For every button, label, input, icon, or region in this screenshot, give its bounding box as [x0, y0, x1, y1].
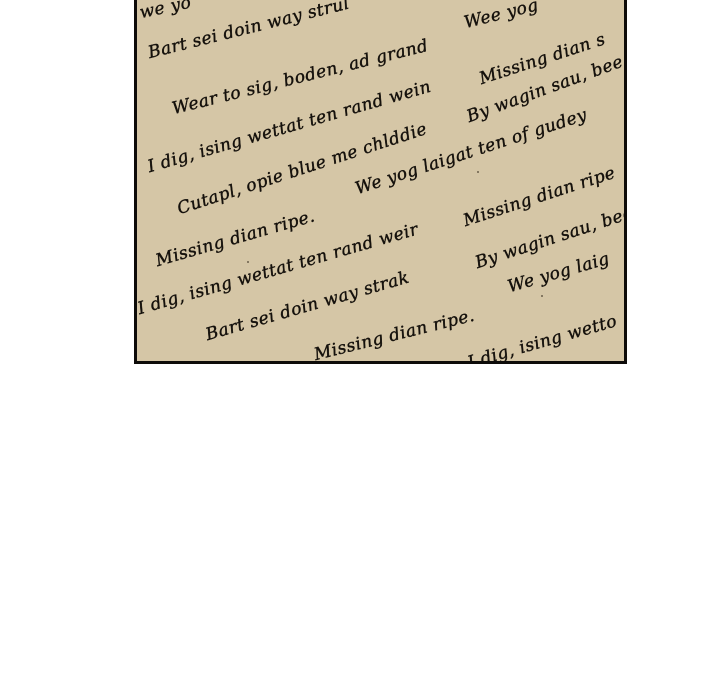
- handwritten-line: Wee yog: [462, 0, 540, 33]
- paper-speck: [541, 295, 543, 297]
- letter-panel: we yoBart sei doin way strulWee yogWear …: [134, 0, 627, 364]
- handwritten-line: Missing dian ripe.: [312, 306, 477, 364]
- comic-page: we yoBart sei doin way strulWee yogWear …: [0, 0, 720, 700]
- paper-speck: [477, 171, 479, 173]
- handwritten-line: I dig, ising wetto: [465, 311, 619, 364]
- blank-gutter: [0, 366, 720, 700]
- paper-speck: [247, 261, 249, 263]
- handwritten-line: we yo: [138, 0, 193, 23]
